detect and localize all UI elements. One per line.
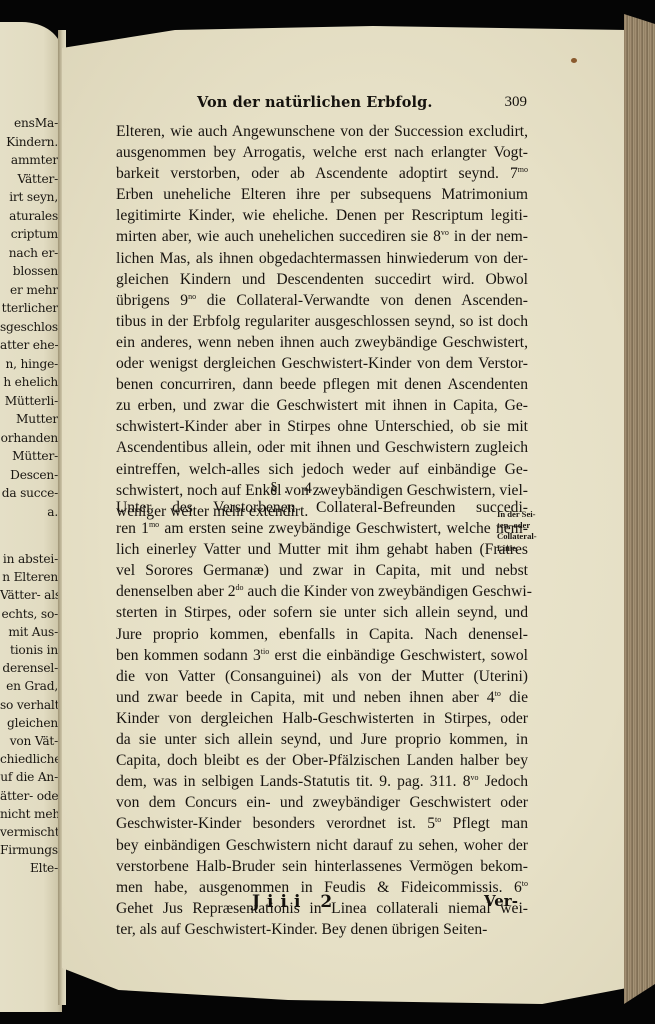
text-line: übrigens 9no die Collateral-Verwandte vo… xyxy=(116,290,528,311)
text-line: Collateral- xyxy=(497,531,557,542)
text-line: sterten in Stirpes, oder sofern sie unte… xyxy=(116,602,528,623)
text-line: h ehelich xyxy=(0,373,58,392)
text-line: derensel- xyxy=(0,659,58,677)
signature-mark: Jiii 2 xyxy=(252,892,339,912)
text-line: n, hinge- xyxy=(0,355,58,374)
text-line: zu erben, und zwar die Geschwistert mit … xyxy=(116,395,528,416)
text-line: bey einbändigen Geschwistern nicht darau… xyxy=(116,835,528,856)
text-line: ätter- oder xyxy=(0,787,58,805)
text-line: chiedlicher xyxy=(0,750,58,768)
marginal-note: In der Sei-ten- oderCollateral-Linie. xyxy=(497,509,557,554)
text-line: Jure proprio kommen, ebenfalls in Capita… xyxy=(116,624,528,645)
page-number: 309 xyxy=(505,94,528,111)
catchword: Ver- xyxy=(484,892,518,910)
left-page-upper-text: ensMa-Kindern.ammterVätter-irt seyn,atur… xyxy=(0,114,58,521)
text-line: da succe- xyxy=(0,484,58,503)
text-line: n Elteren xyxy=(0,568,58,586)
text-line: Erben uneheliche Elteren ihre per subseq… xyxy=(116,184,528,205)
section-heading: §. 4. xyxy=(270,480,328,498)
text-line: denenselben aber 2do auch die Kinder von… xyxy=(116,581,528,602)
text-line: ein anderes, wenn neben ihnen auch zweyb… xyxy=(116,332,528,353)
text-line: verstorbene Halb-Bruder sein hinterlasse… xyxy=(116,856,528,877)
text-line: ren 1mo am ersten seine zweybändige Gesc… xyxy=(116,518,528,539)
text-line: sgeschlos- xyxy=(0,318,58,337)
text-line: Kinder von dergleichen Halb-Geschwistert… xyxy=(116,708,528,729)
page-header: Von der natürlichen Erbfolg. 309 xyxy=(197,94,527,114)
text-line: mirten aber, wie auch unehelichen succed… xyxy=(116,226,528,247)
text-line: Mütter- xyxy=(0,447,58,466)
text-line: echts, so- xyxy=(0,605,58,623)
text-line: ten- oder xyxy=(497,520,557,531)
text-line: tibus in der Erbfolg regulariter ausgesc… xyxy=(116,311,528,332)
paragraph-2: Unter des Verstorbenen Collateral-Befreu… xyxy=(116,497,528,940)
text-line: Elteren, wie auch Angewunschene von der … xyxy=(116,121,528,142)
text-line: Kindern. xyxy=(0,133,58,152)
text-line: Ascendentibus allein, oder mit ihnen und… xyxy=(116,437,528,458)
text-line: Descen- xyxy=(0,466,58,485)
text-line: legitimirte Kinder, wie eheliche. Denen … xyxy=(116,205,528,226)
text-line: barkeit verstorben, oder ab Ascendente a… xyxy=(116,163,528,184)
text-line: atter ehe- xyxy=(0,336,58,355)
text-line: oder wenigst dergleichen Geschwistert-Ki… xyxy=(116,353,528,374)
text-line: en Grad, xyxy=(0,677,58,695)
text-line: ausgenommen bey Arrogatis, welche erst n… xyxy=(116,142,528,163)
running-title: Von der natürlichen Erbfolg. xyxy=(197,94,433,111)
text-line: lich einerley Vatter und Mutter mit ihm … xyxy=(116,539,528,560)
text-line: dem, was in selbigen Lands-Statutis tit.… xyxy=(116,771,528,792)
text-line: Mutter xyxy=(0,410,58,429)
text-line: uf die An- xyxy=(0,768,58,786)
text-line: er mehr xyxy=(0,281,58,300)
paragraph-1: Elteren, wie auch Angewunschene von der … xyxy=(116,121,528,522)
text-line: nach er- xyxy=(0,244,58,263)
text-line: orhanden xyxy=(0,429,58,448)
text-line: so verhalt xyxy=(0,696,58,714)
text-line: irt seyn, xyxy=(0,188,58,207)
text-line: vel Sorores Germanæ) und zwar in Capita,… xyxy=(116,560,528,581)
text-line: blossen xyxy=(0,262,58,281)
text-line: ammter xyxy=(0,151,58,170)
foxing-spot xyxy=(571,58,577,63)
text-line: Geschwister-Kinder besonders verordnet i… xyxy=(116,813,528,834)
text-line: Capita, doch bleibt es der Ober-Pfälzisc… xyxy=(116,750,528,771)
text-line: ben kommen sodann 3tio erst die einbändi… xyxy=(116,645,528,666)
text-line: Elte- xyxy=(0,859,58,877)
text-line: schwistert-Kinder aber in Stirpes ohne U… xyxy=(116,416,528,437)
text-line: Vätter- xyxy=(0,170,58,189)
text-line: von Vät- xyxy=(0,732,58,750)
text-line: eintreffen, welch-alles sich jedoch wede… xyxy=(116,459,528,480)
text-line: In der Sei- xyxy=(497,509,557,520)
text-line: gleichen Kindern und Descendenten succed… xyxy=(116,269,528,290)
text-line: von dem Concurs ein- und zweybändiger Ge… xyxy=(116,792,528,813)
text-line: vermischt xyxy=(0,823,58,841)
text-line: a. xyxy=(0,503,58,522)
text-line: aturales xyxy=(0,207,58,226)
text-line: Mütterli- xyxy=(0,392,58,411)
text-line: da sie unter sich allein seynd, und Jure… xyxy=(116,729,528,750)
text-line: lichen Mas, als ihnen obgedachtermassen … xyxy=(116,248,528,269)
text-line: ter, als auf Geschwistert-Kinder. Bey de… xyxy=(116,919,528,940)
page-edges xyxy=(624,14,655,1014)
text-line: Linie. xyxy=(497,543,557,554)
text-line: die von Vatter (Consanguinei) als von de… xyxy=(116,666,528,687)
text-line: tionis in xyxy=(0,641,58,659)
left-page-lower-text: in abstei-n ElterenVätter- alsechts, so-… xyxy=(0,550,58,878)
text-line: benen concurriren, dann beede pflegen mi… xyxy=(116,374,528,395)
text-line: und zwar beede in Capita, mit und neben … xyxy=(116,687,528,708)
text-line: tterlicher xyxy=(0,299,58,318)
text-line: Vätter- als xyxy=(0,586,58,604)
text-line: Firmungs- xyxy=(0,841,58,859)
text-line: ensMa- xyxy=(0,114,58,133)
text-line: gleichen xyxy=(0,714,58,732)
text-line: mit Aus- xyxy=(0,623,58,641)
text-line: nicht mehr xyxy=(0,805,58,823)
text-line: criptum xyxy=(0,225,58,244)
text-line: in abstei- xyxy=(0,550,58,568)
text-line: Unter des Verstorbenen Collateral-Befreu… xyxy=(116,497,528,518)
left-page-fragment: ensMa-Kindern.ammterVätter-irt seyn,atur… xyxy=(0,22,62,1012)
